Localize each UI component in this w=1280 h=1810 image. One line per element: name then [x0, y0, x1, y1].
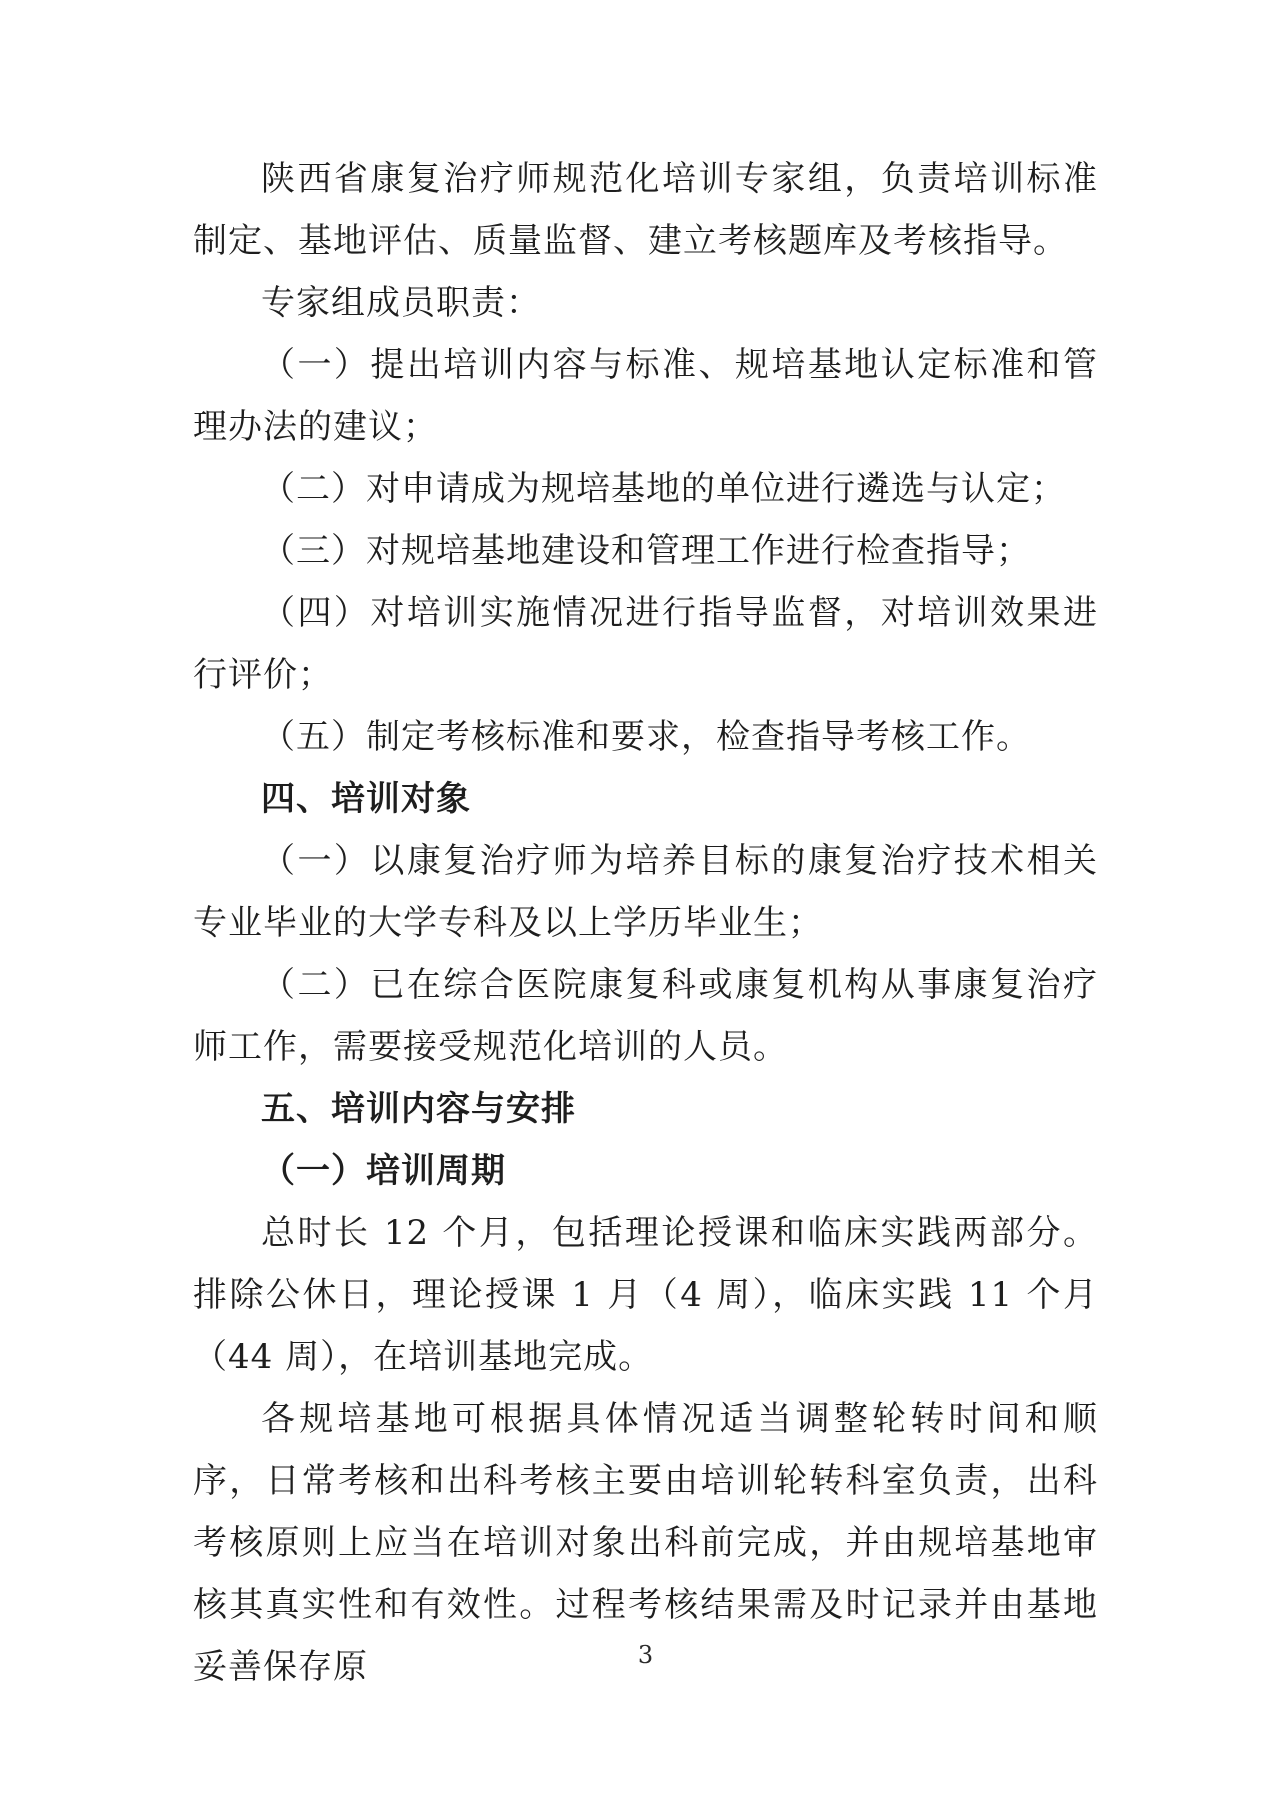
- duty-item-5: （五）制定考核标准和要求，检查指导考核工作。: [193, 706, 1098, 768]
- duty-item-1: （一）提出培训内容与标准、规培基地认定标准和管理办法的建议；: [193, 334, 1098, 458]
- document-body: 陕西省康复治疗师规范化培训专家组，负责培训标准制定、基地评估、质量监督、建立考核…: [193, 148, 1098, 1698]
- paragraph-member-duties-lead: 专家组成员职责：: [193, 272, 1098, 334]
- paragraph-training-duration: 总时长 12 个月，包括理论授课和临床实践两部分。排除公休日，理论授课 1 月（…: [193, 1202, 1098, 1388]
- duty-item-4: （四）对培训实施情况进行指导监督，对培训效果进行评价；: [193, 582, 1098, 706]
- page-number: 3: [193, 1638, 1098, 1672]
- duty-item-3: （三）对规培基地建设和管理工作进行检查指导；: [193, 520, 1098, 582]
- document-page: 陕西省康复治疗师规范化培训专家组，负责培训标准制定、基地评估、质量监督、建立考核…: [0, 0, 1280, 1810]
- duty-item-2: （二）对申请成为规培基地的单位进行遴选与认定；: [193, 458, 1098, 520]
- target-item-1: （一）以康复治疗师为培养目标的康复治疗技术相关专业毕业的大学专科及以上学历毕业生…: [193, 830, 1098, 954]
- target-item-2: （二）已在综合医院康复科或康复机构从事康复治疗师工作，需要接受规范化培训的人员。: [193, 954, 1098, 1078]
- paragraph-expert-group-intro: 陕西省康复治疗师规范化培训专家组，负责培训标准制定、基地评估、质量监督、建立考核…: [193, 148, 1098, 272]
- heading-section-5-training-content: 五、培训内容与安排: [193, 1078, 1098, 1140]
- heading-training-period: （一）培训周期: [193, 1140, 1098, 1202]
- heading-section-4-training-targets: 四、培训对象: [193, 768, 1098, 830]
